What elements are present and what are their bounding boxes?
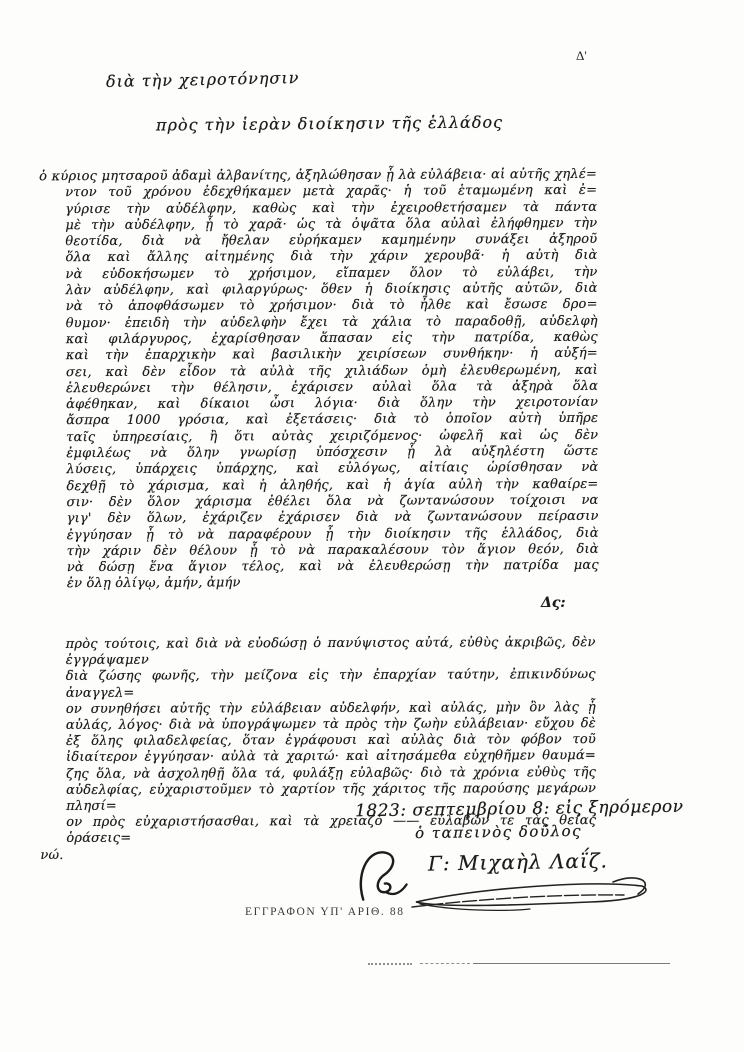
signature-monogram-icon bbox=[350, 843, 416, 909]
manuscript-line: ον συνηθήσει αὐτῆς τὴν εὐλάβειαν αὐδελφή… bbox=[66, 700, 596, 718]
marginal-mark: Δς: bbox=[541, 595, 566, 611]
manuscript-paragraph-1: ὁ κύριος μητσαροῦ ἀδαμὶ ἀλβανίτης, ἀξηλώ… bbox=[65, 167, 599, 593]
manuscript-line: λύσεις, ὑπάρχεις ὑπάρχης, καὶ εὐλόγως, α… bbox=[66, 460, 598, 479]
page-corner-mark: Δ' bbox=[576, 48, 587, 64]
manuscript-line: ντον τοῦ χρόνου ἐδεχθήκαμεν μετὰ χαρᾶς· … bbox=[65, 183, 597, 202]
signature-flourish-icon bbox=[410, 874, 660, 918]
manuscript-line: διὰ ζώσης φωνῆς, τὴν μείζονα εἰς τὴν ἐπα… bbox=[66, 667, 596, 701]
scan-artifact-line bbox=[473, 963, 670, 964]
signature-name: Γ: Μιχαὴλ Λαΐζ. bbox=[428, 848, 608, 875]
archive-caption: ΕΓΓΡΑΦΟΝ ΥΠ' ΑΡΙΘ. 88 bbox=[245, 906, 405, 918]
document-page: Δ' διὰ τὴν χειροτόνησιν πρὸς τὴν ἱερὰν δ… bbox=[0, 0, 744, 1052]
scan-artifact-dashes bbox=[420, 963, 470, 964]
manuscript-line: γιγ' δὲν ὅλων, ἐχάριζεν ἐχάρισεν διὰ νὰ … bbox=[67, 509, 599, 528]
manuscript-line: ζης ὅλα, νὰ ἀσχοληθῇ ὅλα τά, φυλάξῃ εὐλα… bbox=[66, 765, 596, 783]
manuscript-line: νὰ δώσῃ ἕνα ἅγιον τέλος, καὶ νὰ ἐλευθερώ… bbox=[67, 558, 599, 577]
scan-artifact-dots bbox=[368, 963, 412, 965]
date-line: 1823: σεπτεμβρίου 8: εἰς ξηρόμερον bbox=[355, 797, 684, 822]
manuscript-line: καὶ τὴν ἐπαρχικὴν καὶ βασιλικὴν χειρίσεω… bbox=[66, 346, 598, 365]
manuscript-line: ὅλα καὶ ἄλλης αἰτημένης διὰ τὴν χάριν χε… bbox=[65, 248, 597, 267]
manuscript-line: ἄσπρα 1000 γρόσια, καὶ ἐξετάσεις· διὰ τὸ… bbox=[66, 411, 598, 430]
manuscript-line: νὰ τὸ ἀποφθάσωμεν τὸ χρήσιμον· διὰ τὸ ἦλ… bbox=[66, 297, 598, 316]
valediction: ὁ ταπεινὸς δοῦλος bbox=[415, 822, 582, 842]
heading-line-2: πρὸς τὴν ἱερὰν διοίκησιν τῆς ἑλλάδος bbox=[156, 112, 503, 134]
manuscript-line: ἰδιαίτερον ἐγγύησαν· αὐλὰ τὰ χαριτώ· καὶ… bbox=[66, 748, 596, 766]
heading-line-1: διὰ τὴν χειροτόνησιν bbox=[106, 68, 300, 91]
manuscript-line: ἐν ὅλῃ ὀλίγῳ, ἀμήν, ἀμήν bbox=[67, 574, 599, 593]
manuscript-line: πρὸς τούτοις, καὶ διὰ νὰ εὐοδώσῃ ὁ πανύψ… bbox=[66, 635, 596, 669]
